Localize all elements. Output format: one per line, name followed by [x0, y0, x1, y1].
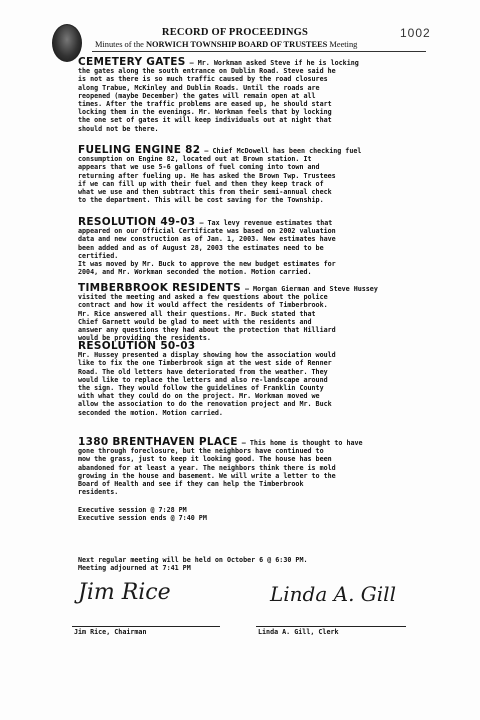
section-body: gone through foreclosure, but the neighb…	[78, 447, 336, 496]
signature-clerk: Linda A. Gill	[270, 582, 396, 606]
section-cemetery-gates: CEMETERY GATES – Mr. Workman asked Steve…	[78, 58, 458, 133]
header-divider	[92, 51, 426, 52]
section-heading: CEMETERY GATES	[78, 56, 186, 68]
section-resolution-50-03: RESOLUTION 50-03 Mr. Hussey presented a …	[78, 342, 458, 417]
section-lead: This home is thought to have	[250, 439, 363, 447]
section-lead: Tax levy revenue estimates that	[208, 219, 333, 227]
page-number: 1002	[400, 26, 431, 40]
section-timberbrook-residents: TIMBERBROOK RESIDENTS – Morgan Gierman a…	[78, 284, 458, 342]
section-text: CEMETERY GATES – Mr. Workman asked Steve…	[78, 58, 458, 133]
section-text: RESOLUTION 50-03 Mr. Hussey presented a …	[78, 342, 458, 417]
subtitle-prefix: Minutes of the	[95, 40, 146, 49]
section-body: appeared on our Official Certificate was…	[78, 227, 336, 276]
signature-label-clerk: Linda A. Gill, Clerk	[258, 628, 339, 636]
heading-dash: –	[200, 147, 212, 155]
section-heading: FUELING ENGINE 82	[78, 144, 200, 156]
subtitle-org: NORWICH TOWNSHIP BOARD OF TRUSTEES	[146, 40, 327, 49]
subtitle-suffix: Meeting	[327, 40, 357, 49]
section-heading: RESOLUTION 50-03	[78, 340, 195, 352]
executive-start: Executive session @ 7:28 PM	[78, 506, 458, 514]
section-brenthaven-place: 1380 BRENTHAVEN PLACE – This home is tho…	[78, 438, 458, 496]
section-body: Mr. Hussey presented a display showing h…	[78, 351, 336, 416]
section-lead: Mr. Workman asked Steve if he is locking	[198, 59, 359, 67]
section-resolution-49-03: RESOLUTION 49-03 – Tax levy revenue esti…	[78, 218, 458, 276]
executive-session: Executive session @ 7:28 PM Executive se…	[78, 506, 458, 522]
section-body: the gates along the south entrance on Du…	[78, 67, 336, 132]
section-text: RESOLUTION 49-03 – Tax levy revenue esti…	[78, 218, 458, 276]
section-text: 1380 BRENTHAVEN PLACE – This home is tho…	[78, 438, 458, 496]
section-fueling-engine: FUELING ENGINE 82 – Chief McDowell has b…	[78, 146, 458, 204]
signature-chairman: Jim Rice	[78, 580, 171, 605]
signature-label-chairman: Jim Rice, Chairman	[74, 628, 146, 636]
heading-dash: –	[186, 59, 198, 67]
signature-line-chairman	[72, 626, 220, 627]
section-heading: RESOLUTION 49-03	[78, 216, 195, 228]
section-body: visited the meeting and asked a few ques…	[78, 293, 336, 342]
document-title: RECORD OF PROCEEDINGS	[90, 27, 380, 38]
section-text: FUELING ENGINE 82 – Chief McDowell has b…	[78, 146, 458, 204]
section-body: consumption on Engine 82, located out at…	[78, 155, 336, 204]
closing-notes: Next regular meeting will be held on Oct…	[78, 556, 458, 572]
document-page: RECORD OF PROCEEDINGS Minutes of the NOR…	[0, 0, 480, 720]
section-heading: TIMBERBROOK RESIDENTS	[78, 282, 241, 294]
heading-dash: –	[241, 285, 253, 293]
section-lead: Morgan Gierman and Steve Hussey	[253, 285, 378, 293]
section-heading: 1380 BRENTHAVEN PLACE	[78, 436, 238, 448]
section-lead: Chief McDowell has been checking fuel	[212, 147, 361, 155]
section-text: TIMBERBROOK RESIDENTS – Morgan Gierman a…	[78, 284, 458, 342]
executive-end: Executive session ends @ 7:40 PM	[78, 514, 458, 522]
document-subtitle: Minutes of the NORWICH TOWNSHIP BOARD OF…	[95, 40, 385, 49]
heading-dash: –	[195, 219, 207, 227]
heading-dash: –	[238, 439, 250, 447]
next-meeting: Next regular meeting will be held on Oct…	[78, 556, 458, 564]
adjourned: Meeting adjourned at 7:41 PM	[78, 564, 458, 572]
signature-line-clerk	[256, 626, 406, 627]
